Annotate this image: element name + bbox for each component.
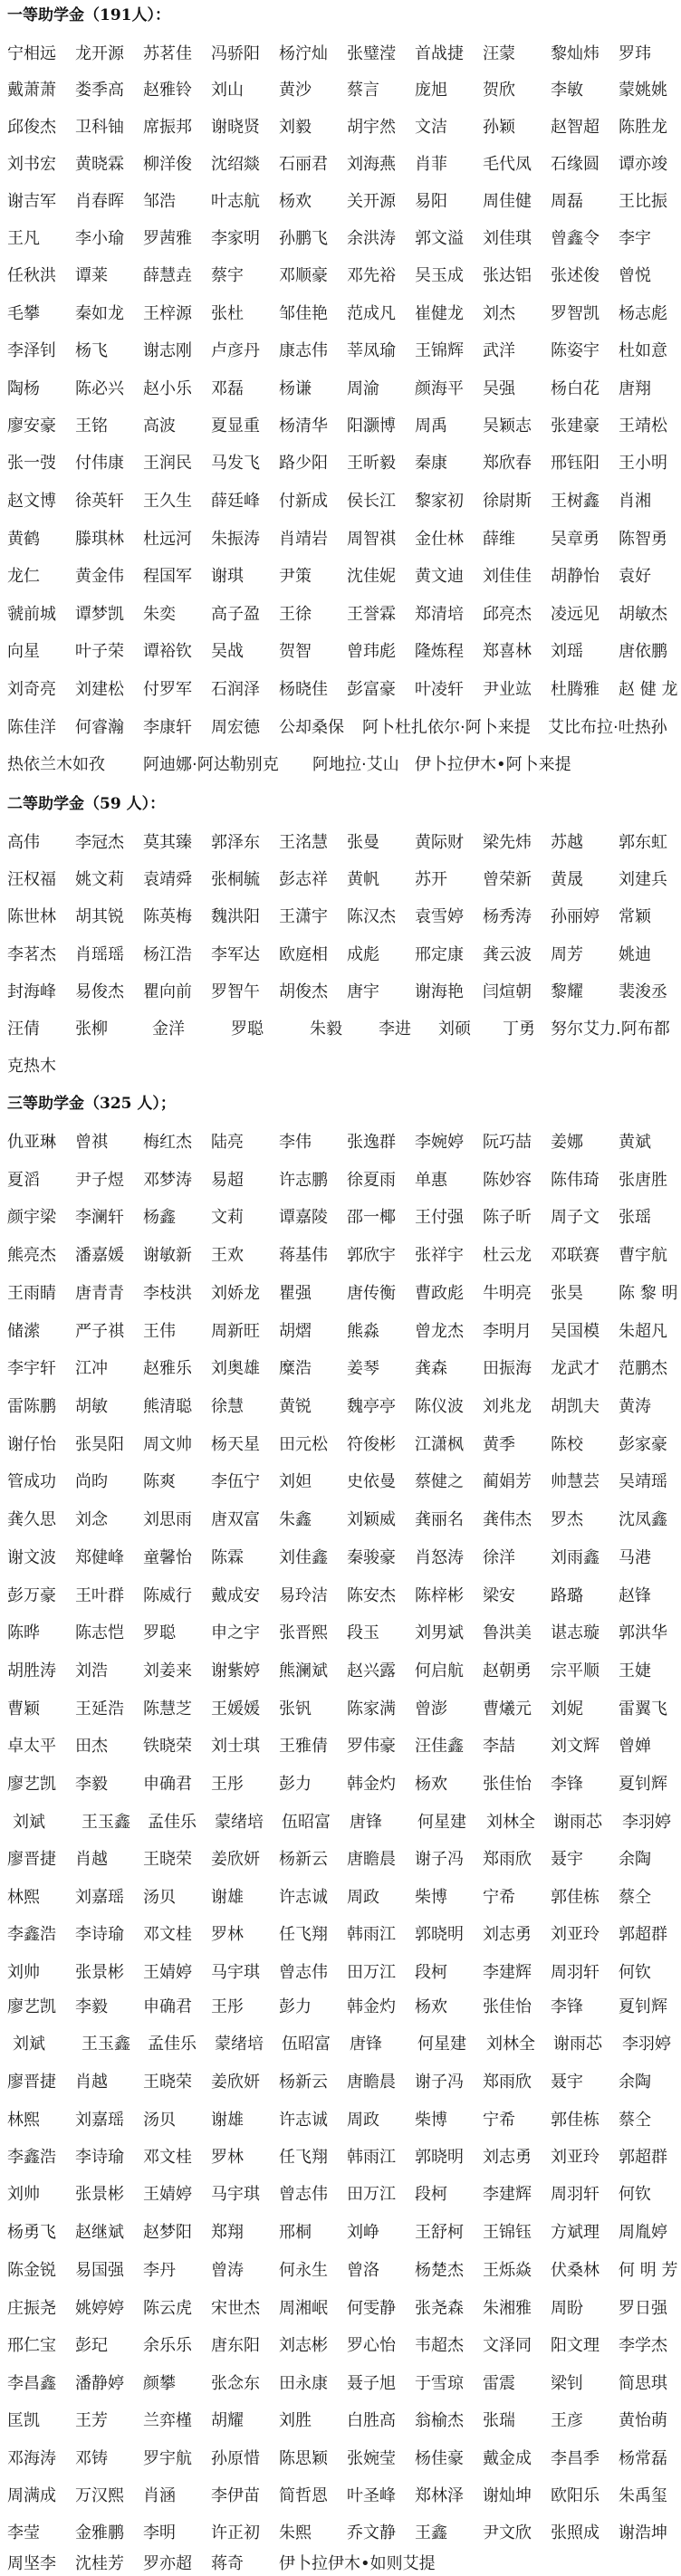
recipient-name: 李锋 — [551, 1774, 583, 1796]
recipient-name: 任秋洪 — [7, 265, 56, 287]
recipient-name: 姜欣妍 — [211, 1849, 260, 1871]
name-row: 邢仁宝彭玘余乐乐唐东阳刘志彬罗心怡韦超杰文泽同阳文理李学杰 — [0, 2335, 681, 2357]
name-row: 陈世林胡其锐陈英梅魏洪阳王潇宇陈汉杰袁雪婷杨秀涛孙丽婷常颖 — [0, 906, 681, 928]
recipient-name: 罗聪 — [143, 1623, 176, 1644]
recipient-name: 陈智勇 — [619, 529, 667, 551]
recipient-name: 高伟 — [7, 832, 40, 854]
recipient-name: 刘亚玲 — [551, 1924, 599, 1946]
recipient-name: 刘佳琪 — [483, 228, 532, 250]
recipient-name: 贺智 — [279, 641, 312, 663]
recipient-name: 郑清培 — [415, 604, 464, 626]
recipient-name: 田永康 — [279, 2373, 328, 2395]
recipient-name: 裴浚丞 — [619, 982, 667, 1003]
recipient-name: 简思琪 — [619, 2373, 667, 2395]
recipient-name: 何星建 — [417, 1812, 466, 1834]
recipient-name: 刘佳鑫 — [279, 1547, 328, 1569]
recipient-name: 唐瞻晨 — [347, 2072, 396, 2093]
recipient-name: 汪倩 — [7, 1019, 40, 1040]
recipient-name: 王彦 — [551, 2410, 583, 2432]
recipient-name: 吴强 — [483, 378, 515, 400]
section-heading: 一等助学金（191人）： — [7, 5, 170, 25]
recipient-name: 陈伟琦 — [551, 1170, 599, 1192]
recipient-name: 周智祺 — [347, 529, 396, 551]
recipient-name: 杨鑫 — [143, 1207, 176, 1229]
recipient-name: 邓磊 — [211, 378, 244, 400]
name-row: 王雨睛唐青青李枝洪刘娇龙瞿强唐传衡曹政彪牛明亮张昊陈 黎 明 — [0, 1283, 681, 1305]
recipient-name: 张昊 — [551, 1283, 583, 1305]
recipient-name: 刘浩 — [75, 1661, 108, 1682]
recipient-name: 邢定康 — [415, 944, 464, 966]
recipient-name: 姚文莉 — [75, 869, 124, 891]
recipient-name: 陈梓彬 — [415, 1585, 464, 1607]
recipient-name: 席振邦 — [143, 117, 192, 139]
recipient-name: 吴战 — [211, 641, 244, 663]
recipient-name: 黄际财 — [415, 832, 464, 854]
recipient-name: 张瑞 — [483, 2410, 515, 2432]
recipient-name: 罗林 — [211, 2147, 244, 2169]
recipient-name: 曾鑫令 — [551, 228, 599, 250]
recipient-name: 夏显重 — [211, 416, 260, 437]
recipient-name: 王雅倩 — [279, 1736, 328, 1757]
recipient-name: 李宇轩 — [7, 1358, 56, 1380]
recipient-name: 黄沙 — [279, 80, 312, 101]
recipient-name: 易超 — [211, 1170, 244, 1192]
recipient-name: 戴成安 — [211, 1585, 260, 1607]
name-row: 刘斌王玉鑫孟佳乐蒙绪培伍昭富唐锋何星建刘林全谢雨芯李羽婷 — [0, 1812, 681, 1834]
recipient-name: 许志诚 — [279, 1887, 328, 1909]
recipient-name: 龚云波 — [483, 944, 532, 966]
recipient-name: 陈安杰 — [347, 1585, 396, 1607]
recipient-name: 何启航 — [415, 1661, 464, 1682]
recipient-name: 刘建松 — [75, 679, 124, 701]
recipient-name: 张佳怡 — [483, 1997, 532, 2018]
section-heading: 二等助学金（59 人）： — [7, 794, 165, 814]
recipient-name: 刘瑶 — [551, 641, 583, 663]
recipient-name: 陈晔 — [7, 1623, 40, 1644]
recipient-name: 杨泞灿 — [279, 43, 328, 65]
recipient-name: 宗平顺 — [551, 1661, 599, 1682]
recipient-name: 唐宇 — [347, 982, 379, 1003]
recipient-name: 陈汉杰 — [347, 906, 396, 928]
name-row: 谢吉军肖春晖邹浩叶志航杨欢关开源易阳周佳健周磊王比振 — [0, 191, 681, 213]
recipient-name: 崔健龙 — [415, 303, 464, 325]
recipient-name: 王徐 — [279, 604, 312, 626]
recipient-name: 肖靖岩 — [279, 529, 328, 551]
name-row: 黄鹤滕琪林杜远河朱振涛肖靖岩周智祺金仕林薛维吴章勇陈智勇 — [0, 529, 681, 551]
recipient-name: 曾志伟 — [279, 1962, 328, 1984]
recipient-name: 侯长江 — [347, 491, 396, 512]
name-row: 陶杨陈必兴赵小乐邓磊杨谦周渝颜海平吴强杨白花唐翔 — [0, 378, 681, 400]
recipient-name: 王晓荣 — [143, 1849, 192, 1871]
recipient-name: 黄季 — [483, 1434, 515, 1456]
recipient-name: 邢仁宝 — [7, 2335, 56, 2357]
recipient-name: 汪蒙 — [483, 43, 515, 65]
recipient-name: 李昌季 — [551, 2448, 599, 2470]
recipient-name: 周子文 — [551, 1207, 599, 1229]
name-row: 陈晔陈志恺罗聪申之宇张晋熙段玉刘男斌鲁洪美谌志璇郭洪华 — [0, 1623, 681, 1644]
recipient-name: 阳灏博 — [347, 416, 396, 437]
name-row: 管成功尚昀陈爽李伍宁刘妲史依曼蔡健之蔺娟芳帅慧芸吴靖瑶 — [0, 1471, 681, 1493]
recipient-name: 尹文欣 — [483, 2523, 532, 2544]
recipient-name: 张建豪 — [551, 416, 599, 437]
recipient-name: 袁靖舜 — [143, 869, 192, 891]
recipient-name: 肖湘 — [619, 491, 651, 512]
recipient-name: 陈金锐 — [7, 2260, 56, 2282]
recipient-name: 颜宇梁 — [7, 1207, 56, 1229]
recipient-name: 郭东虹 — [619, 832, 667, 854]
recipient-name: 周芳 — [551, 944, 583, 966]
recipient-name: 邹浩 — [143, 191, 176, 213]
recipient-name: 朱湘雅 — [483, 2298, 532, 2320]
recipient-name: 周羽轩 — [551, 2184, 599, 2206]
recipient-name: 刘山 — [211, 80, 244, 101]
recipient-name: 潘嘉媛 — [75, 1245, 124, 1267]
recipient-name: 朱鑫 — [279, 1509, 312, 1531]
recipient-name: 胡熠 — [279, 1321, 312, 1343]
recipient-name: 尹业竑 — [483, 679, 532, 701]
recipient-name: 周新旺 — [211, 1321, 260, 1343]
recipient-name: 郑雨欣 — [483, 2072, 532, 2093]
recipient-name: 李敏 — [551, 80, 583, 101]
recipient-name: 张婉莹 — [347, 2448, 396, 2470]
recipient-name: 成彪 — [347, 944, 379, 966]
recipient-name: 罗林 — [211, 1924, 244, 1946]
recipient-name: 黎灿炜 — [551, 43, 599, 65]
recipient-name: 杨欢 — [279, 191, 312, 213]
recipient-name: 郑林泽 — [415, 2485, 464, 2507]
recipient-name: 段玉 — [347, 1623, 379, 1644]
name-row: 李茗杰肖瑶瑶杨江浩李军达欧庭相成彪邢定康龚云波周芳姚迪 — [0, 944, 681, 966]
name-row: 热依兰木如孜阿迪娜·阿达勒别克阿地拉·艾山伊卜拉伊木•阿卜来提 — [0, 754, 681, 776]
recipient-name: 黎耀 — [551, 982, 583, 1003]
recipient-name: 罗玮 — [619, 43, 651, 65]
name-row: 廖晋捷肖越王晓荣姜欣妍杨新云唐瞻晨谢子冯郑雨欣聂宇余陶 — [0, 2072, 681, 2093]
recipient-name: 张瑶 — [619, 1207, 651, 1229]
recipient-name: 陈威行 — [143, 1585, 192, 1607]
recipient-name: 龙仁 — [7, 566, 40, 588]
recipient-name: 杜远河 — [143, 529, 192, 551]
recipient-name: 罗伟豪 — [347, 1736, 396, 1757]
recipient-name: 张曼 — [347, 832, 379, 854]
recipient-name: 马宇琪 — [211, 1962, 260, 1984]
recipient-name: 胡宇然 — [347, 117, 396, 139]
recipient-name: 石缘圆 — [551, 154, 599, 176]
recipient-name: 杨江浩 — [143, 944, 192, 966]
recipient-name: 谌志璇 — [551, 1623, 599, 1644]
name-row: 熊亮杰潘嘉媛谢敏新王欢蒋基伟郭欣宇张祥宇杜云龙邓联赛曹宇航 — [0, 1245, 681, 1267]
name-row: 邱俊杰卫科铀席振邦谢晓贤刘毅胡宇然文洁孙颖赵智超陈胜龙 — [0, 117, 681, 139]
name-row: 向星叶子荣谭裕钦吴战贺智曾玮彪隆炼程郑喜林刘瑶唐依鹏 — [0, 641, 681, 663]
recipient-name: 张昊阳 — [75, 1434, 124, 1456]
recipient-name: 刘帅 — [7, 1962, 40, 1984]
recipient-name: 陈思颖 — [279, 2448, 328, 2470]
recipient-name: 王芳 — [75, 2410, 108, 2432]
recipient-name: 张述俊 — [551, 265, 599, 287]
recipient-name: 张璧滢 — [347, 43, 396, 65]
recipient-name: 刘书宏 — [7, 154, 56, 176]
recipient-name: 李小瑜 — [75, 228, 124, 250]
recipient-name: 廖晋捷 — [7, 1849, 56, 1871]
recipient-name: 娄季高 — [75, 80, 124, 101]
name-row: 雷陈鹏胡敏熊清聪徐慧黄锐魏亭亭陈仪波刘兆龙胡凯夫黄涛 — [0, 1396, 681, 1418]
recipient-name: 付伟康 — [75, 453, 124, 474]
recipient-name: 黄晓霖 — [75, 154, 124, 176]
name-row: 陈金锐易国强李丹曾涛何永生曾洛杨楚杰王烁焱伏桑林何 明 芳 — [0, 2260, 681, 2282]
recipient-name: 苏越 — [551, 832, 583, 854]
recipient-name: 谭嘉陵 — [279, 1207, 328, 1229]
recipient-name: 张柳 — [75, 1019, 108, 1040]
recipient-name: 陈校 — [551, 1434, 583, 1456]
recipient-name: 李宇 — [619, 228, 651, 250]
recipient-name: 龚丽名 — [415, 1509, 464, 1531]
recipient-name: 郭佳栋 — [551, 2110, 599, 2131]
recipient-name: 文莉 — [211, 1207, 244, 1229]
section-heading: 三等助学金（325 人）； — [7, 1094, 176, 1114]
recipient-name: 李毅 — [75, 1997, 108, 2018]
recipient-name: 戴金成 — [483, 2448, 532, 2470]
recipient-name: 阳文理 — [551, 2335, 599, 2357]
recipient-name: 万汉熙 — [75, 2485, 124, 2507]
recipient-name: 刘颖威 — [347, 1509, 396, 1531]
recipient-name: 王昕毅 — [347, 453, 396, 474]
recipient-name: 高波 — [143, 416, 176, 437]
recipient-name: 姜琴 — [347, 1358, 379, 1380]
recipient-name: 龙开源 — [75, 43, 124, 65]
recipient-name: 薛维 — [483, 529, 515, 551]
recipient-name: 罗茜雅 — [143, 228, 192, 250]
recipient-name: 蒙绪培 — [215, 1812, 264, 1834]
name-row: 廖艺凯李毅申确君王彤彭力韩金灼杨欢张佳怡李锋夏钊辉 — [0, 1997, 681, 2018]
recipient-name: 彭万豪 — [7, 1585, 56, 1607]
recipient-name: 胡凯夫 — [551, 1396, 599, 1418]
name-row: 李昌鑫潘静婷颜攀张念东田永康聂子旭于雪琼雷震梁钊简思琪 — [0, 2373, 681, 2395]
recipient-name: 曾澎 — [415, 1699, 447, 1720]
recipient-name: 林熙 — [7, 2110, 40, 2131]
recipient-name: 赵梦阳 — [143, 2222, 192, 2244]
recipient-name: 杨飞 — [75, 340, 108, 362]
recipient-name: 邓联赛 — [551, 1245, 599, 1267]
recipient-name: 沈佳妮 — [347, 566, 396, 588]
recipient-name: 黄晟 — [551, 869, 583, 891]
recipient-name: 兰弈槿 — [143, 2410, 192, 2432]
recipient-name: 徐英轩 — [75, 491, 124, 512]
recipient-name: 王锦辉 — [415, 340, 464, 362]
recipient-name: 李澜轩 — [75, 1207, 124, 1229]
recipient-name: 杜如意 — [619, 340, 667, 362]
recipient-name: 毛代凤 — [483, 154, 532, 176]
recipient-name: 欧阳乐 — [551, 2485, 599, 2507]
recipient-name: 田万江 — [347, 1962, 396, 1984]
name-row: 汪权福姚文莉袁靖舜张桐毓彭志祥黄帆苏开曾荣新黄晟刘建兵 — [0, 869, 681, 891]
recipient-name: 周盼 — [551, 2298, 583, 2320]
recipient-name: 伊卜拉伊木•阿卜来提 — [415, 754, 571, 776]
recipient-name: 康志伟 — [279, 340, 328, 362]
recipient-name: 熊亮杰 — [7, 1245, 56, 1267]
recipient-name: 唐翔 — [619, 378, 651, 400]
recipient-name: 阮巧喆 — [483, 1132, 532, 1154]
recipient-name: 杨勇飞 — [7, 2222, 56, 2244]
recipient-name: 熊澜斌 — [279, 1661, 328, 1682]
recipient-name: 林熙 — [7, 1887, 40, 1909]
recipient-name: 谢仔怡 — [7, 1434, 56, 1456]
recipient-name: 吴国模 — [551, 1321, 599, 1343]
recipient-name: 王梓源 — [143, 303, 192, 325]
recipient-name: 黄鹤 — [7, 529, 40, 551]
recipient-name: 肖怒涛 — [415, 1547, 464, 1569]
recipient-name: 王媛媛 — [211, 1699, 260, 1720]
recipient-name: 凌远见 — [551, 604, 599, 626]
recipient-name: 李丹 — [143, 2260, 176, 2282]
recipient-name: 刘建兵 — [619, 869, 667, 891]
recipient-name: 王潇宇 — [279, 906, 328, 928]
recipient-name: 王婧婷 — [143, 2184, 192, 2206]
name-row: 刘帅张景彬王婧婷马宇琪曾志伟田万江段柯李建辉周羽轩何钦 — [0, 1962, 681, 1984]
recipient-name: 欧庭相 — [279, 944, 328, 966]
recipient-name: 周磊 — [551, 191, 583, 213]
name-row: 宁相远龙开源苏茗佳冯骄阳杨泞灿张璧滢首战捷汪蒙黎灿炜罗玮 — [0, 43, 681, 65]
recipient-name: 曾玮彪 — [347, 641, 396, 663]
recipient-name: 杨志彪 — [619, 303, 667, 325]
recipient-name: 邱亮杰 — [483, 604, 532, 626]
recipient-name: 谢雨芯 — [553, 1812, 602, 1834]
recipient-name: 曾涛 — [211, 2260, 244, 2282]
recipient-name: 梁先炜 — [483, 832, 532, 854]
recipient-name: 谢子冯 — [415, 1849, 464, 1871]
recipient-name: 陈慧芝 — [143, 1699, 192, 1720]
recipient-name: 谢浩坤 — [619, 2523, 667, 2544]
recipient-name: 王靖松 — [619, 416, 667, 437]
recipient-name: 徐洋 — [483, 1547, 515, 1569]
recipient-name: 卢彦丹 — [211, 340, 260, 362]
recipient-name: 卓太平 — [7, 1736, 56, 1757]
recipient-name: 王久生 — [143, 491, 192, 512]
recipient-name: 刘林全 — [486, 2034, 535, 2055]
name-row: 任秋洪谭莱薛慧垚蔡宇邓顺豪邓先裕吴玉成张达铝张述俊曾悦 — [0, 265, 681, 287]
recipient-name: 封海峰 — [7, 982, 56, 1003]
recipient-name: 张逸群 — [347, 1132, 396, 1154]
recipient-name: 杨清华 — [279, 416, 328, 437]
recipient-name: 姜欣妍 — [211, 2072, 260, 2093]
recipient-name: 邹佳艳 — [279, 303, 328, 325]
recipient-name: 廖晋捷 — [7, 2072, 56, 2093]
recipient-name: 李明 — [143, 2523, 176, 2544]
name-row: 廖晋捷肖越王晓荣姜欣妍杨新云唐瞻晨谢子冯郑雨欣聂宇余陶 — [0, 1849, 681, 1871]
recipient-name: 邓顺豪 — [279, 265, 328, 287]
recipient-name: 戴萧萧 — [7, 80, 56, 101]
recipient-name: 李羽婷 — [622, 2034, 671, 2055]
recipient-name: 叶凌轩 — [415, 679, 464, 701]
recipient-name: 曾荣新 — [483, 869, 532, 891]
recipient-name: 韩雨江 — [347, 1924, 396, 1946]
recipient-name: 谢灿坤 — [483, 2485, 532, 2507]
recipient-name: 庄振尧 — [7, 2298, 56, 2320]
recipient-name: 何 明 芳 — [619, 2260, 677, 2282]
recipient-name: 刘嘉瑶 — [75, 1887, 124, 1909]
recipient-name: 余洪涛 — [347, 228, 396, 250]
recipient-name: 熊清聪 — [143, 1396, 192, 1418]
recipient-name: 铁晓荣 — [143, 1736, 192, 1757]
recipient-name: 唐青青 — [75, 1283, 124, 1305]
recipient-name: 公却桑保 — [279, 717, 344, 739]
recipient-name: 余乐乐 — [143, 2335, 192, 2357]
recipient-name: 陈霖 — [211, 1547, 244, 1569]
recipient-name: 滕琪林 — [75, 529, 124, 551]
recipient-name: 向星 — [7, 641, 40, 663]
recipient-name: 吴章勇 — [551, 529, 599, 551]
recipient-name: 朱毅 — [310, 1019, 342, 1040]
recipient-name: 周文帅 — [143, 1434, 192, 1456]
recipient-name: 王婧婷 — [143, 1962, 192, 1984]
recipient-name: 聂宇 — [551, 1849, 583, 1871]
recipient-name: 赵继斌 — [75, 2222, 124, 2244]
recipient-name: 邢桐 — [279, 2222, 312, 2244]
recipient-name: 罗智午 — [211, 982, 260, 1003]
recipient-name: 潘静婷 — [75, 2373, 124, 2395]
recipient-name: 肖越 — [75, 1849, 108, 1871]
recipient-name: 唐东阳 — [211, 2335, 260, 2357]
recipient-name: 李莹 — [7, 2523, 40, 2544]
recipient-name: 张晋熙 — [279, 1623, 328, 1644]
recipient-name: 梅红杰 — [143, 1132, 192, 1154]
recipient-name: 陶杨 — [7, 378, 40, 400]
recipient-name: 刘亚玲 — [551, 2147, 599, 2169]
recipient-name: 范鹏杰 — [619, 1358, 667, 1380]
recipient-name: 赵兴露 — [347, 1661, 396, 1682]
recipient-name: 蔡健之 — [415, 1471, 464, 1493]
recipient-name: 郭晓明 — [415, 2147, 464, 2169]
recipient-name: 范成凡 — [347, 303, 396, 325]
recipient-name: 周渝 — [347, 378, 379, 400]
recipient-name: 陆亮 — [211, 1132, 244, 1154]
recipient-name: 马宇琪 — [211, 2184, 260, 2206]
recipient-name: 曾婵 — [619, 1736, 651, 1757]
recipient-name: 杨谦 — [279, 378, 312, 400]
name-row: 邓海涛邓铸罗宇航孙原惜陈思颖张婉莹杨佳豪戴金成李昌季杨常磊 — [0, 2448, 681, 2470]
recipient-name: 何永生 — [279, 2260, 328, 2282]
recipient-name: 罗智凯 — [551, 303, 599, 325]
recipient-name: 单惠 — [415, 1170, 447, 1192]
recipient-name: 秦如龙 — [75, 303, 124, 325]
recipient-name: 王欢 — [211, 1245, 244, 1267]
recipient-name: 孙丽婷 — [551, 906, 599, 928]
recipient-name: 张祥宇 — [415, 1245, 464, 1267]
recipient-name: 雷翼飞 — [619, 1699, 667, 1720]
recipient-name: 谢琪 — [211, 566, 244, 588]
recipient-name: 宁希 — [483, 1887, 515, 1909]
name-row: 赵文博徐英轩王久生薛廷峰付新成侯长江黎家初徐尉斯王树鑫肖湘 — [0, 491, 681, 512]
recipient-name: 文泽同 — [483, 2335, 532, 2357]
recipient-name: 王付强 — [415, 1207, 464, 1229]
recipient-name: 周政 — [347, 1887, 379, 1909]
recipient-name: 何雯静 — [347, 2298, 396, 2320]
recipient-name: 陈妙容 — [483, 1170, 532, 1192]
recipient-name: 帅慧芸 — [551, 1471, 599, 1493]
recipient-name: 廖艺凯 — [7, 1997, 56, 2018]
recipient-name: 唐锋 — [350, 1812, 382, 1834]
recipient-name: 王锦钰 — [483, 2222, 532, 2244]
name-row: 汪倩张柳金洋罗聪朱毅李进刘硕丁勇努尔艾力.阿布都 — [0, 1019, 681, 1040]
recipient-name: 罗杰 — [551, 1509, 583, 1531]
recipient-name: 张杜 — [211, 303, 244, 325]
recipient-name: 宁相远 — [7, 43, 56, 65]
recipient-name: 曹颖 — [7, 1699, 40, 1720]
recipient-name: 刘毅 — [279, 117, 312, 139]
recipient-name: 柳洋俊 — [143, 154, 192, 176]
recipient-name: 曾龙杰 — [415, 1321, 464, 1343]
recipient-name: 王伟 — [143, 1321, 176, 1343]
recipient-name: 田杰 — [75, 1736, 108, 1757]
recipient-name: 王玉鑫 — [82, 1812, 130, 1834]
